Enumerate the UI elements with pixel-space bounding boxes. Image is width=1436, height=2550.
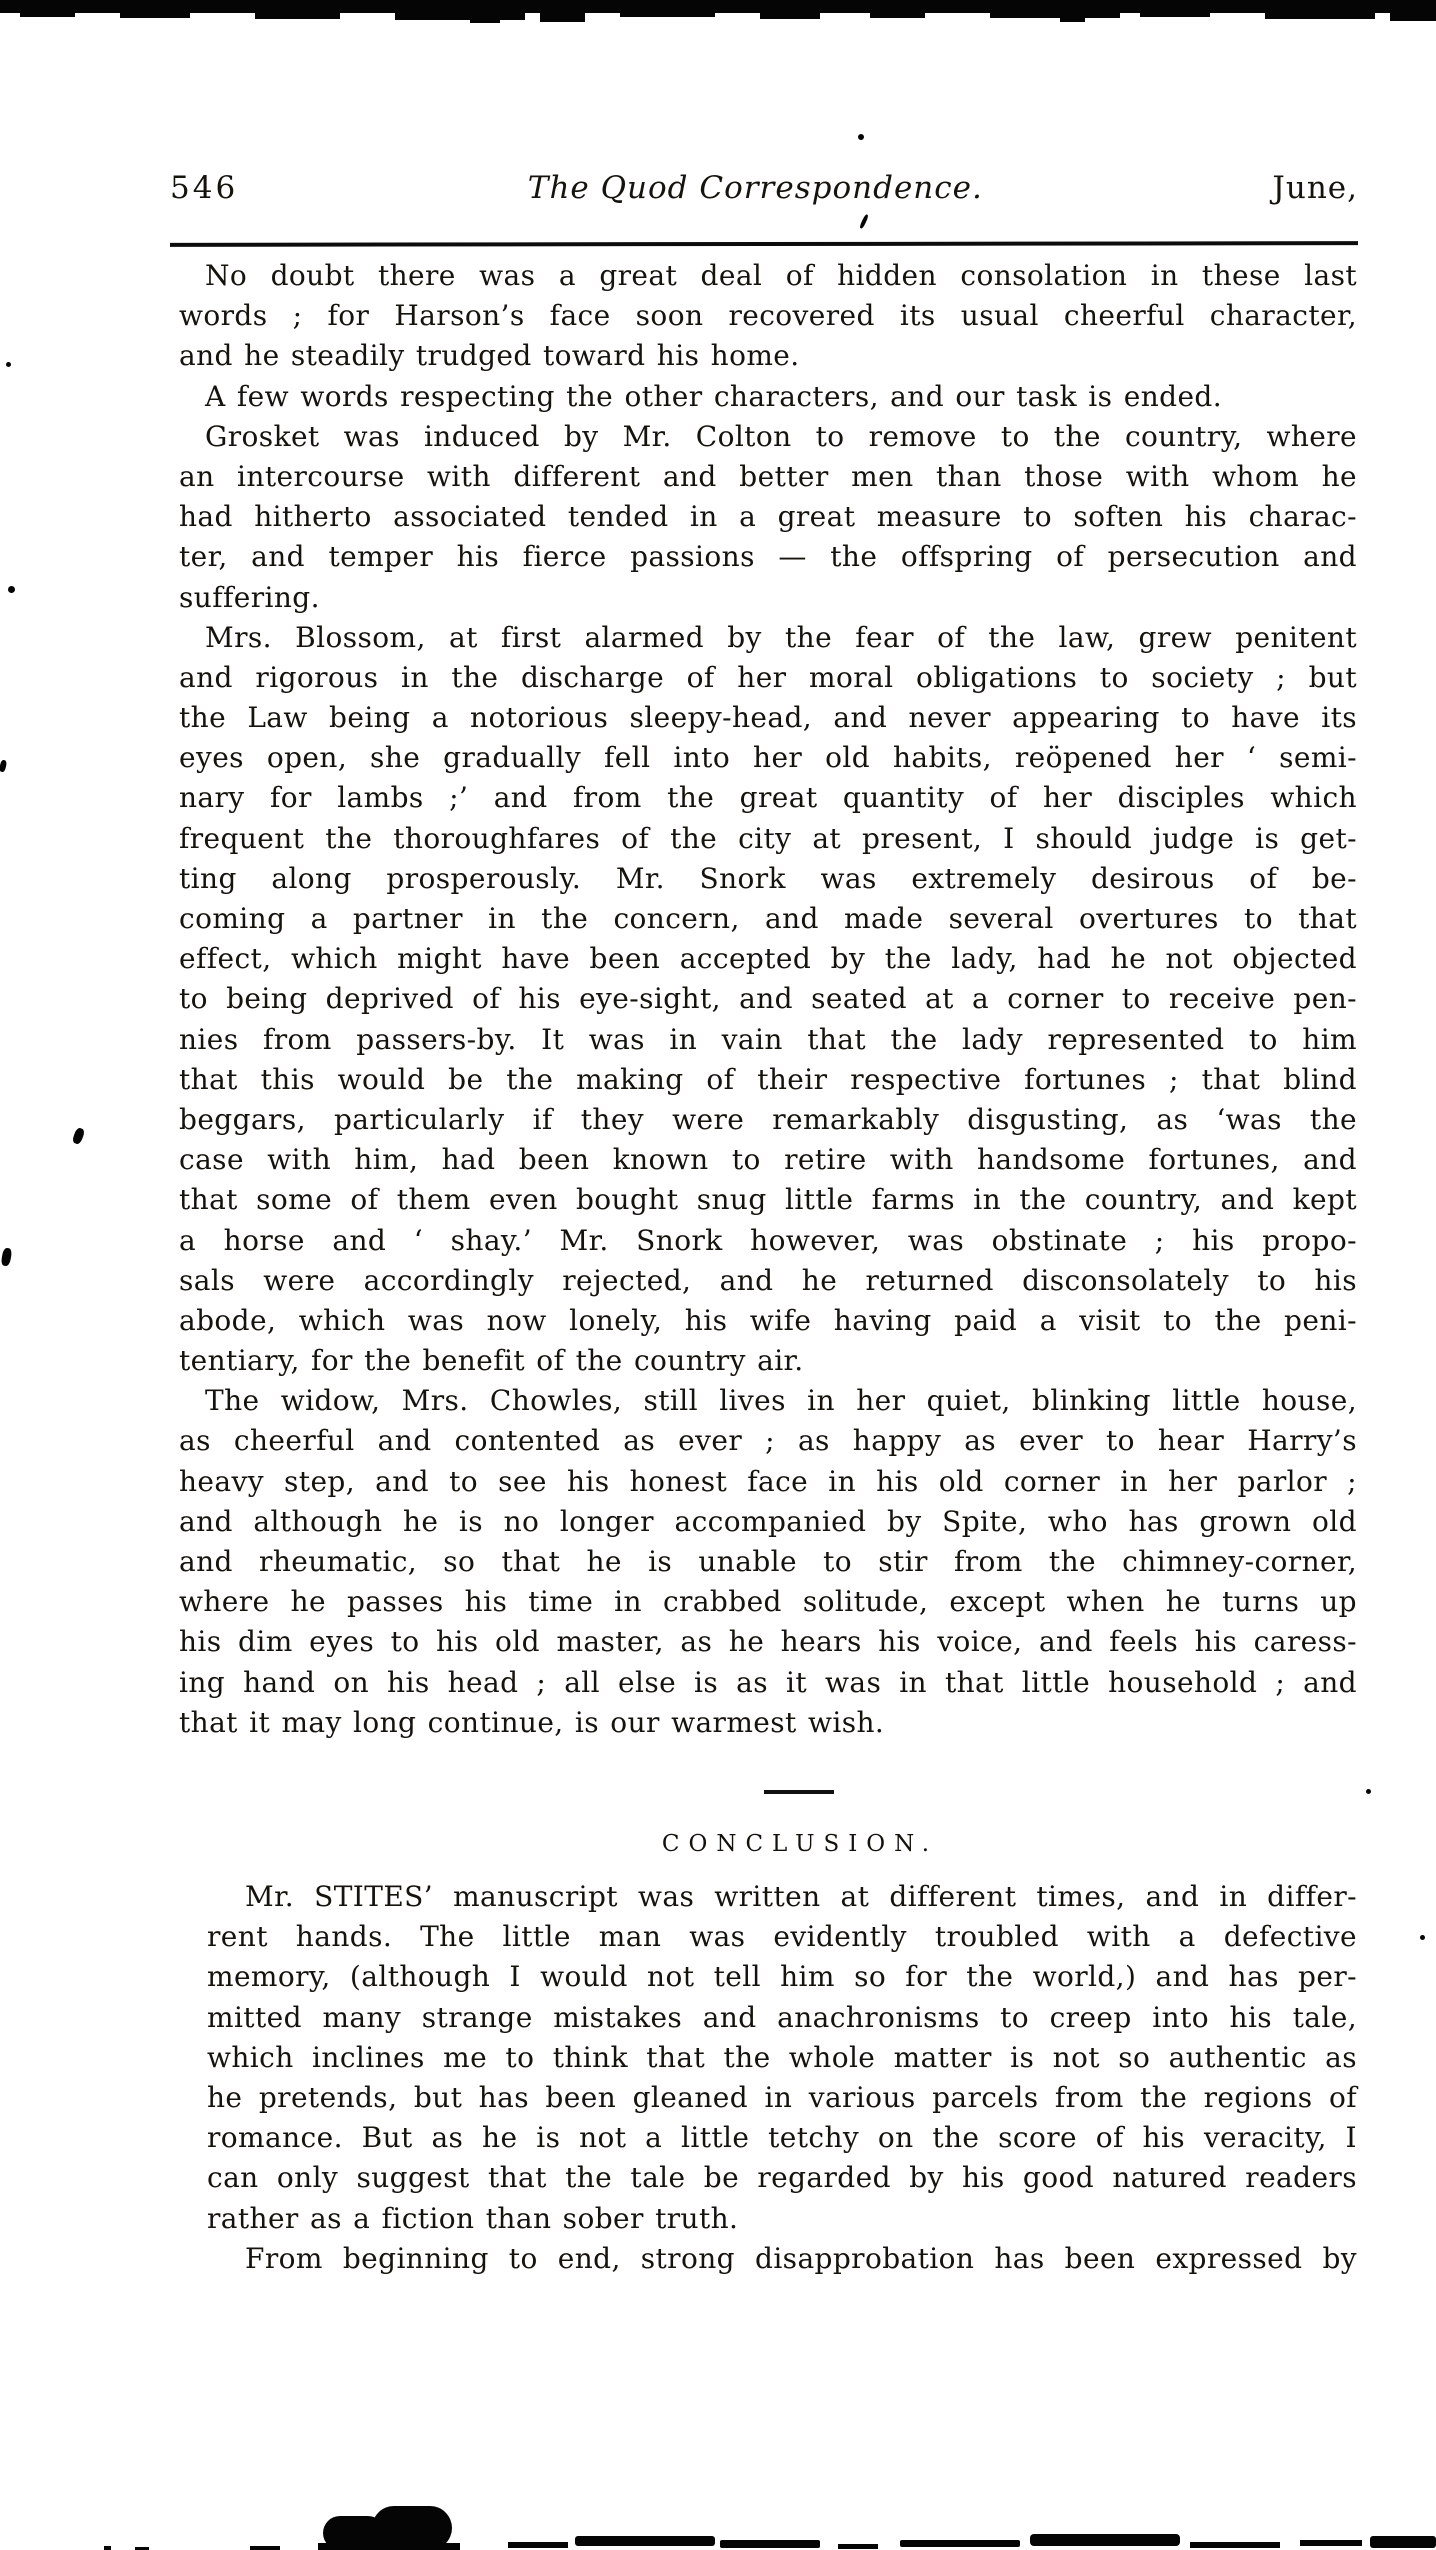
text-line: case with him, had been known to retire … [179, 1140, 1357, 1180]
text-line: and he steadily trudged toward his home. [179, 336, 1357, 376]
scan-smudge [575, 2536, 715, 2546]
scanned-book-page: 546 The Quod Correspondence. June, No do… [0, 0, 1436, 2550]
scan-speck [1, 1247, 13, 1266]
text-line: The widow, Mrs. Chowles, still lives in … [179, 1381, 1357, 1421]
text-line: rent hands. The little man was evidently… [207, 1917, 1357, 1957]
text-line: he pretends, but has been gleaned in var… [207, 2078, 1357, 2118]
text-line: coming a partner in the concern, and mad… [179, 899, 1357, 939]
text-line: the Law being a notorious sleepy-head, a… [179, 698, 1357, 738]
text-line: a horse and ‘ shay.’ Mr. Snork however, … [179, 1221, 1357, 1261]
text-line: sals were accordingly rejected, and he r… [179, 1261, 1357, 1301]
text-line: to being deprived of his eye-sight, and … [179, 979, 1357, 1019]
conclusion-heading: CONCLUSION. [240, 1831, 1360, 1857]
text-line: Grosket was induced by Mr. Colton to rem… [179, 417, 1357, 457]
scan-notch [20, 13, 75, 17]
text-line: can only suggest that the tale be regard… [207, 2158, 1357, 2198]
scan-speck [8, 586, 15, 593]
text-line: abode, which was now lonely, his wife ha… [179, 1301, 1357, 1341]
text-line: ing hand on his head ; all else is as it… [179, 1663, 1357, 1703]
scan-smudge [1190, 2542, 1280, 2548]
text-line: memory, (although I would not tell him s… [207, 1957, 1357, 1997]
scan-speck [858, 134, 864, 140]
text-line: that some of them even bought snug littl… [179, 1180, 1357, 1220]
running-title: The Quod Correspondence. [528, 170, 983, 206]
text-line: beggars, particularly if they were remar… [179, 1100, 1357, 1140]
scan-speck [72, 1127, 86, 1145]
scan-edge-top [0, 0, 1436, 13]
scan-smudge [720, 2540, 820, 2548]
text-line: an intercourse with different and better… [179, 457, 1357, 497]
text-line: eyes open, she gradually fell into her o… [179, 738, 1357, 778]
text-line: mitted many strange mistakes and anachro… [207, 1998, 1357, 2038]
scan-smudge [104, 2546, 111, 2550]
scan-notch [990, 13, 1120, 18]
text-line: No doubt there was a great deal of hidde… [179, 256, 1357, 296]
text-line: had hitherto associated tended in a grea… [179, 497, 1357, 537]
scan-notch [620, 13, 715, 17]
text-line: as cheerful and contented as ever ; as h… [179, 1421, 1357, 1461]
text-line: nary for lambs ;’ and from the great qua… [179, 778, 1357, 818]
scan-notch [395, 13, 525, 20]
text-line: heavy step, and to see his honest face i… [179, 1462, 1357, 1502]
scan-notch [1060, 13, 1085, 22]
text-line: ter, and temper his fierce passions — th… [179, 537, 1357, 577]
text-line: his dim eyes to his old master, as he he… [179, 1622, 1357, 1662]
text-line: nies from passers-by. It was in vain tha… [179, 1020, 1357, 1060]
header-rule [170, 241, 1358, 247]
issue-date: June, [1272, 170, 1358, 206]
text-line: tentiary, for the benefit of the country… [179, 1341, 1357, 1381]
text-line: that it may long continue, is our warmes… [179, 1703, 1357, 1743]
scan-smudge [318, 2543, 460, 2550]
scan-speck [1366, 1789, 1371, 1794]
scan-smudge [1030, 2534, 1180, 2546]
scan-notch [255, 13, 340, 19]
scan-notch [1390, 13, 1436, 21]
text-line: rather as a fiction than sober truth. [207, 2199, 1357, 2239]
text-line: From beginning to end, strong disapproba… [207, 2239, 1357, 2279]
scan-notch [120, 13, 190, 18]
scan-speck [1420, 1935, 1425, 1940]
text-line: A few words respecting the other charact… [179, 377, 1357, 417]
body-text: No doubt there was a great deal of hidde… [179, 256, 1357, 1743]
text-line: which inclines me to think that the whol… [207, 2038, 1357, 2078]
text-line: that this would be the making of their r… [179, 1060, 1357, 1100]
text-line: and although he is no longer accompanied… [179, 1502, 1357, 1542]
scan-speck [859, 214, 869, 229]
text-line: Mr. STITES’ manuscript was written at di… [207, 1877, 1357, 1917]
text-line: suffering. [179, 578, 1357, 618]
scan-notch [540, 13, 585, 22]
scan-smudge [1300, 2540, 1362, 2546]
scan-notch [470, 13, 500, 23]
scan-smudge [1370, 2536, 1436, 2548]
scan-smudge [250, 2546, 280, 2550]
text-line: effect, which might have been accepted b… [179, 939, 1357, 979]
scan-notch [760, 13, 820, 19]
scan-smudge [838, 2544, 878, 2549]
text-line: romance. But as he is not a little tetch… [207, 2118, 1357, 2158]
scan-notch [1265, 13, 1375, 19]
text-line: words ; for Harson’s face soon recovered… [179, 296, 1357, 336]
text-line: Mrs. Blossom, at first alarmed by the fe… [179, 618, 1357, 658]
text-line: where he passes his time in crabbed soli… [179, 1582, 1357, 1622]
page-header: 546 The Quod Correspondence. June, [170, 170, 1358, 206]
page-number: 546 [170, 170, 238, 206]
text-line: and rigorous in the discharge of her mor… [179, 658, 1357, 698]
conclusion-text: Mr. STITES’ manuscript was written at di… [207, 1877, 1357, 2279]
scan-speck [6, 362, 11, 367]
scan-smudge [508, 2542, 568, 2548]
text-line: and rheumatic, so that he is unable to s… [179, 1542, 1357, 1582]
text-line: ting along prosperously. Mr. Snork was e… [179, 859, 1357, 899]
section-divider-rule [764, 1790, 834, 1794]
scan-notch [870, 13, 925, 18]
scan-speck [0, 760, 7, 773]
scan-smudge [900, 2540, 1020, 2547]
text-line: frequent the thoroughfares of the city a… [179, 819, 1357, 859]
scan-notch [1140, 13, 1210, 17]
